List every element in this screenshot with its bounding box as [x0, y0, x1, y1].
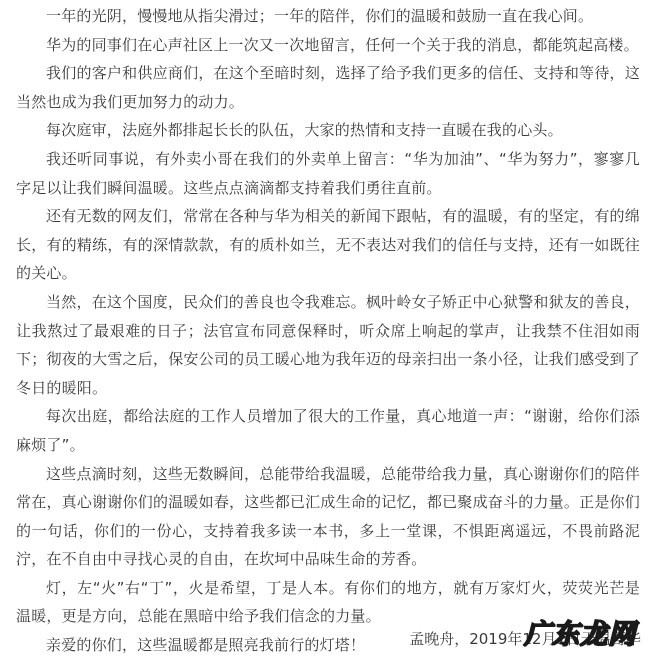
paragraph-1: 一年的光阴，慢慢地从指尖滑过；一年的陪伴，你们的温暖和鼓励一直在我心间。	[16, 2, 640, 31]
paragraph-5: 我还听同事说，有外卖小哥在我们的外卖单上留言：“华为加油”、“华为努力”，寥寥几…	[16, 145, 640, 202]
article-body: 一年的光阴，慢慢地从指尖滑过；一年的陪伴，你们的温暖和鼓励一直在我心间。 华为的…	[16, 2, 640, 660]
paragraph-10: 灯，左“火”右“丁”，火是希望，丁是人本。有你们的地方，就有万家灯火，荧荧光芒是…	[16, 574, 640, 631]
paragraph-4: 每次庭审，法庭外都排起长长的队伍，大家的热情和支持一直暖在我的心头。	[16, 116, 640, 145]
signature-line: 孟晚舟，2019年12月1日于温哥华	[409, 629, 641, 649]
paragraph-7: 当然，在这个国度，民众们的善良也令我难忘。枫叶岭女子矫正中心狱警和狱友的善良，让…	[16, 288, 640, 402]
paragraph-8: 每次出庭，都给法庭的工作人员增加了很大的工作量，真心地道一声：“谢谢，给你们添麻…	[16, 402, 640, 459]
paragraph-2: 华为的同事们在心声社区上一次又一次地留言，任何一个关于我的消息，都能筑起高楼。	[16, 31, 640, 60]
paragraph-6: 还有无数的网友们，常常在各种与华为相关的新闻下跟帖，有的温暖，有的坚定，有的绵长…	[16, 202, 640, 288]
paragraph-3: 我们的客户和供应商们，在这个至暗时刻，选择了给予我们更多的信任、支持和等待，这当…	[16, 59, 640, 116]
paragraph-9: 这些点滴时刻，这些无数瞬间，总能带给我温暖，总能带给我力量，真心谢谢你们的陪伴常…	[16, 460, 640, 574]
